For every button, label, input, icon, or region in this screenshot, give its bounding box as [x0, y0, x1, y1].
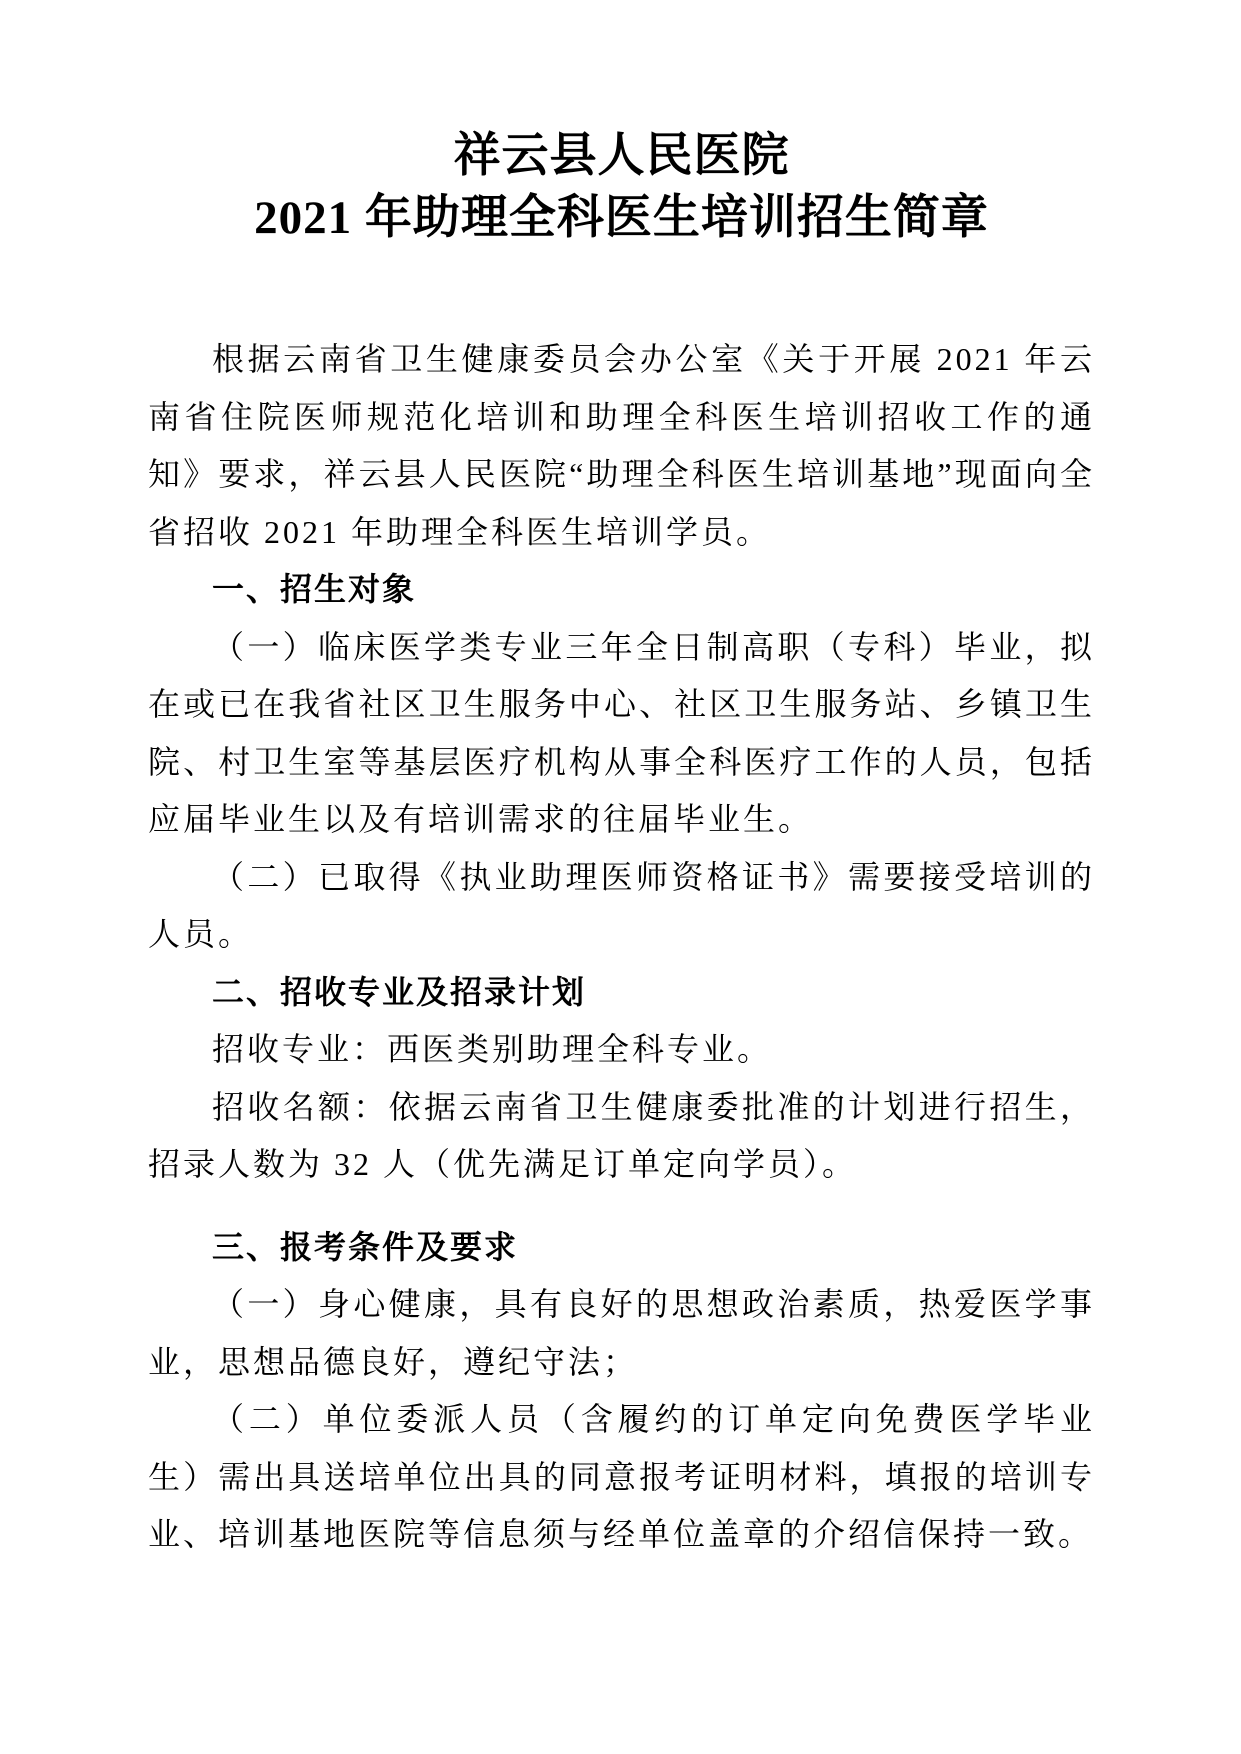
document-body: 根据云南省卫生健康委员会办公室《关于开展 2021 年云南省住院医师规范化培训和… — [148, 331, 1095, 1564]
section-3-paragraph-1: （一）身心健康，具有良好的思想政治素质，热爱医学事业，思想品德良好，遵纪守法； — [148, 1276, 1095, 1391]
document-title-line2: 2021 年助理全科医生培训招生简章 — [148, 187, 1095, 249]
section-1-paragraph-2: （二）已取得《执业助理医师资格证书》需要接受培训的人员。 — [148, 849, 1095, 964]
section-3-heading: 三、报考条件及要求 — [148, 1219, 1095, 1277]
section-2-paragraph-2: 招收名额：依据云南省卫生健康委批准的计划进行招生，招录人数为 32 人（优先满足… — [148, 1079, 1095, 1194]
section-3-paragraph-2: （二）单位委派人员（含履约的订单定向免费医学毕业生）需出具送培单位出具的同意报考… — [148, 1391, 1095, 1564]
document-page: 祥云县人民医院 2021 年助理全科医生培训招生简章 根据云南省卫生健康委员会办… — [0, 0, 1241, 1754]
section-1-heading: 一、招生对象 — [148, 561, 1095, 619]
document-title: 祥云县人民医院 2021 年助理全科医生培训招生简章 — [148, 125, 1095, 249]
document-title-line1: 祥云县人民医院 — [148, 125, 1095, 187]
section-1-paragraph-1: （一）临床医学类专业三年全日制高职（专科）毕业，拟在或已在我省社区卫生服务中心、… — [148, 619, 1095, 849]
document-header: 祥云县人民医院 2021 年助理全科医生培训招生简章 — [148, 125, 1095, 249]
intro-paragraph: 根据云南省卫生健康委员会办公室《关于开展 2021 年云南省住院医师规范化培训和… — [148, 331, 1095, 561]
section-2-heading: 二、招收专业及招录计划 — [148, 964, 1095, 1022]
section-2-paragraph-1: 招收专业：西医类别助理全科专业。 — [148, 1021, 1095, 1079]
